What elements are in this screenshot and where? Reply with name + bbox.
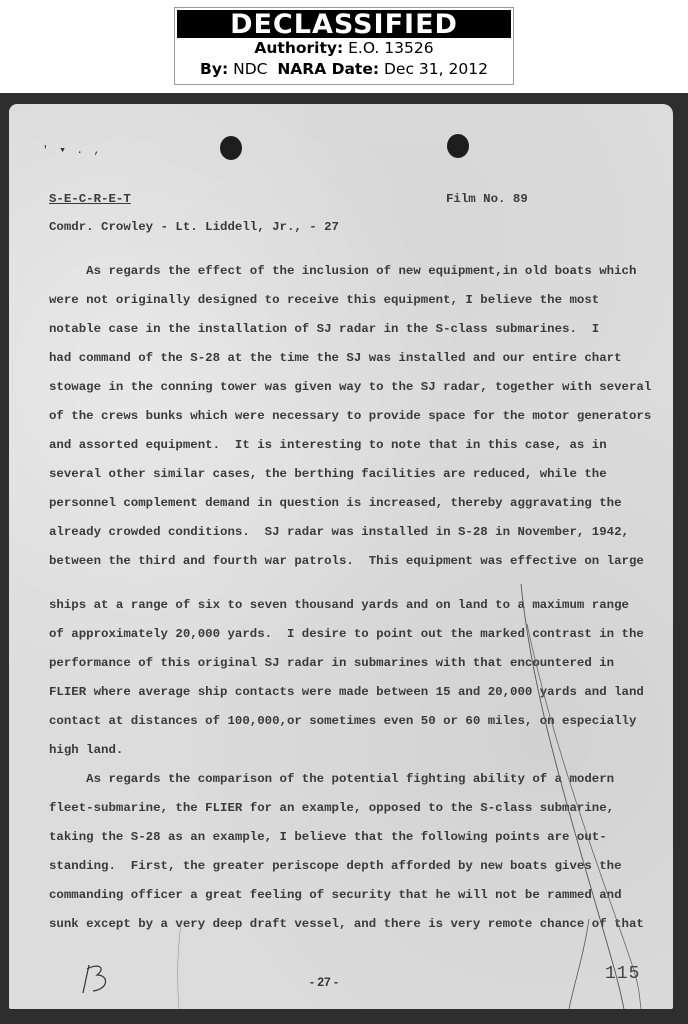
authority-line: Authority: E.O. 13526 xyxy=(175,38,513,59)
body-line: several other similar cases, the berthin… xyxy=(49,467,607,481)
authority-value: E.O. 13526 xyxy=(348,39,433,57)
body-line: standing. First, the greater periscope d… xyxy=(49,859,622,873)
body-line: performance of this original SJ radar in… xyxy=(49,656,614,670)
punch-hole-left xyxy=(220,136,242,160)
declassified-stamp: DECLASSIFIED Authority: E.O. 13526 By: N… xyxy=(174,7,514,85)
document-subheader: Comdr. Crowley - Lt. Liddell, Jr., - 27 xyxy=(49,220,339,234)
by-nara-line: By: NDC NARA Date: Dec 31, 2012 xyxy=(175,59,513,80)
frame-number: 115 xyxy=(605,964,640,984)
ink-specks: ' ▾ . , xyxy=(42,143,102,157)
body-line: stowage in the conning tower was given w… xyxy=(49,380,651,394)
classification-marking: S-E-C-R-E-T xyxy=(49,192,131,206)
body-line: fleet-submarine, the FLIER for an exampl… xyxy=(49,801,614,815)
body-line: notable case in the installation of SJ r… xyxy=(49,322,599,336)
by-value: NDC xyxy=(233,60,267,78)
body-line: sunk except by a very deep draft vessel,… xyxy=(49,917,644,931)
body-line: and assorted equipment. It is interestin… xyxy=(49,438,607,452)
by-label: By: xyxy=(200,60,228,78)
body-line: of the crews bunks which were necessary … xyxy=(49,409,651,423)
body-line: already crowded conditions. SJ radar was… xyxy=(49,525,629,539)
body-line: had command of the S-28 at the time the … xyxy=(49,351,622,365)
body-line: As regards the effect of the inclusion o… xyxy=(49,264,636,278)
body-line: contact at distances of 100,000,or somet… xyxy=(49,714,636,728)
body-line: personnel complement demand in question … xyxy=(49,496,622,510)
body-line: FLIER where average ship contacts were m… xyxy=(49,685,644,699)
document-page: ' ▾ . , S-E-C-R-E-T Film No. 89 Comdr. C… xyxy=(9,104,673,1009)
film-number: Film No. 89 xyxy=(446,192,528,206)
scanned-page-frame: ' ▾ . , S-E-C-R-E-T Film No. 89 Comdr. C… xyxy=(0,93,688,1024)
body-line: ships at a range of six to seven thousan… xyxy=(49,598,629,612)
body-line: commanding officer a great feeling of se… xyxy=(49,888,622,902)
body-line: of approximately 20,000 yards. I desire … xyxy=(49,627,644,641)
handwritten-mark xyxy=(79,959,119,999)
body-line: high land. xyxy=(49,743,123,757)
nara-date-label: NARA Date: xyxy=(277,60,379,78)
page-number: - 27 - xyxy=(310,975,338,989)
body-line: taking the S-28 as an example, I believe… xyxy=(49,830,607,844)
authority-label: Authority: xyxy=(254,39,343,57)
body-line: between the third and fourth war patrols… xyxy=(49,554,644,568)
declassified-banner: DECLASSIFIED xyxy=(177,10,511,38)
body-line: were not originally designed to receive … xyxy=(49,293,599,307)
body-line: As regards the comparison of the potenti… xyxy=(49,772,614,786)
punch-hole-right xyxy=(447,134,469,158)
nara-date-value: Dec 31, 2012 xyxy=(384,60,488,78)
